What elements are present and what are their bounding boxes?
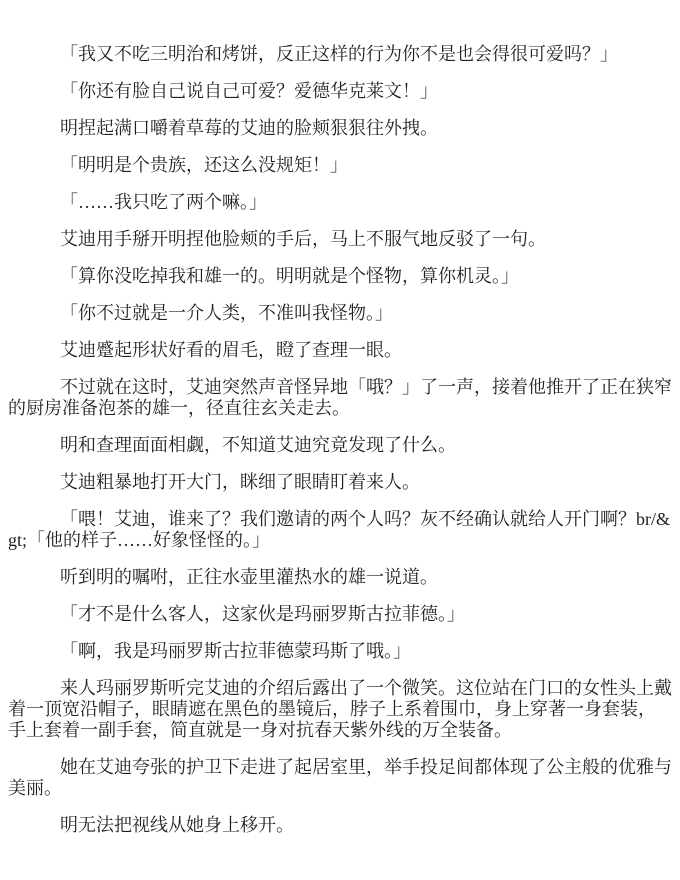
paragraph-2: 「你还有脸自己说自己可爱？爱德华克莱文！」 — [8, 81, 672, 102]
paragraph-16: 「啊，我是玛丽罗斯古拉菲德蒙玛斯了哦。」 — [8, 641, 672, 662]
paragraph-12: 艾迪粗暴地打开大门，眯细了眼睛盯着来人。 — [8, 472, 672, 493]
paragraph-18: 她在艾迪夸张的护卫下走进了起居室里，举手投足间都体现了公主般的优雅与美丽。 — [8, 757, 672, 799]
paragraph-5: 「……我只吃了两个嘛。」 — [8, 192, 672, 213]
paragraph-17: 来人玛丽罗斯听完艾迪的介绍后露出了一个微笑。这位站在门口的女性头上戴着一顶宽沿帽… — [8, 678, 672, 741]
paragraph-10: 不过就在这时，艾迪突然声音怪异地「哦？」了一声，接着他推开了正在狭窄的厨房准备泡… — [8, 377, 672, 419]
paragraph-15: 「才不是什么客人，这家伙是玛丽罗斯古拉菲德。」 — [8, 604, 672, 625]
paragraph-3: 明捏起满口嚼着草莓的艾迪的脸颊狠狠往外拽。 — [8, 118, 672, 139]
paragraph-14: 听到明的嘱咐，正往水壶里灌热水的雄一说道。 — [8, 567, 672, 588]
paragraph-9: 艾迪蹙起形状好看的眉毛，瞪了查理一眼。 — [8, 340, 672, 361]
paragraph-1: 「我又不吃三明治和烤饼，反正这样的行为你不是也会得很可爱吗？」 — [8, 44, 672, 65]
paragraph-13: 「喂！艾迪，谁来了？我们邀请的两个人吗？灰不经确认就给人开门啊？br/&gt;「… — [8, 509, 672, 551]
paragraph-7: 「算你没吃掉我和雄一的。明明就是个怪物，算你机灵。」 — [8, 266, 672, 287]
paragraph-4: 「明明是个贵族，还这么没规矩！」 — [8, 155, 672, 176]
paragraph-6: 艾迪用手掰开明捏他脸颊的手后，马上不服气地反驳了一句。 — [8, 229, 672, 250]
novel-text-page: 「我又不吃三明治和烤饼，反正这样的行为你不是也会得很可爱吗？」 「你还有脸自己说… — [0, 0, 680, 880]
paragraph-11: 明和查理面面相觑，不知道艾迪究竟发现了什么。 — [8, 435, 672, 456]
paragraph-19: 明无法把视线从她身上移开。 — [8, 815, 672, 836]
paragraph-8: 「你不过就是一介人类，不准叫我怪物。」 — [8, 303, 672, 324]
